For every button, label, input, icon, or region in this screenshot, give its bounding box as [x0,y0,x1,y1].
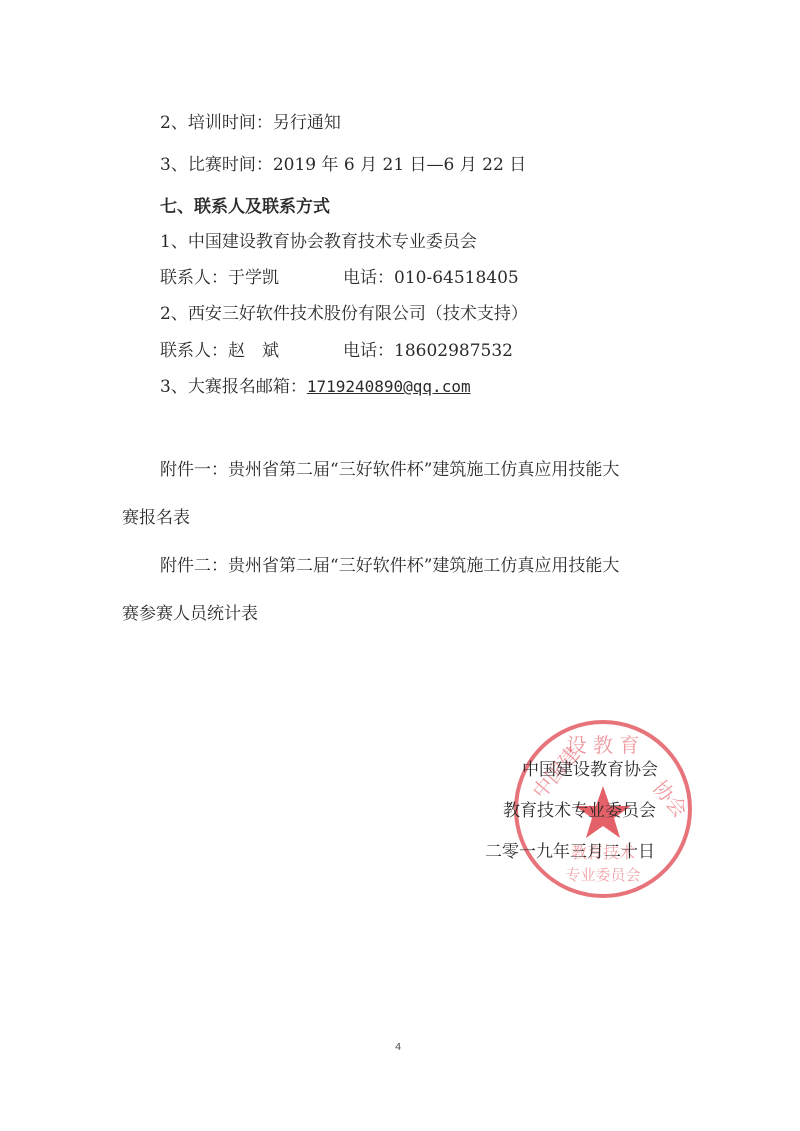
contact-person-2: 联系人：赵 斌 [160,341,279,361]
attachment-2-line-2: 赛参赛人员统计表 [122,604,258,624]
contact-phone-2: 电话：18602987532 [343,341,513,361]
attachment-1-line-2: 赛报名表 [122,508,190,528]
attachment-1-line-1: 附件一：贵州省第二届“三好软件杯”建筑施工仿真应用技能大 [160,460,619,480]
contact-phone-1: 电话：010-64518405 [343,268,519,288]
email-row: 3、大赛报名邮箱：1719240890@qq.com [160,377,471,397]
training-time: 2、培训时间：另行通知 [160,113,341,133]
signature-org-line-2: 教育技术专业委员会 [503,801,656,821]
signature-date: 二零一九年三月二十日 [485,842,655,862]
section-heading-contacts: 七、联系人及联系方式 [160,197,330,217]
svg-text:专业委员会: 专业委员会 [565,866,640,884]
contact-org-2: 2、西安三好软件技术股份有限公司（技术支持） [160,304,528,324]
contact-org-1: 1、中国建设教育协会教育技术专业委员会 [160,232,477,252]
contact-person-1: 联系人：于学凯 [160,268,279,288]
email-label: 3、大赛报名邮箱： [160,377,307,397]
email-link[interactable]: 1719240890@qq.com [307,377,471,396]
signature-org-line-1: 中国建设教育协会 [522,760,658,780]
page-number: 4 [395,1042,401,1053]
competition-time: 3、比赛时间：2019 年 6 月 21 日—6 月 22 日 [160,155,526,175]
attachment-2-line-1: 附件二：贵州省第二届“三好软件杯”建筑施工仿真应用技能大 [160,556,619,576]
